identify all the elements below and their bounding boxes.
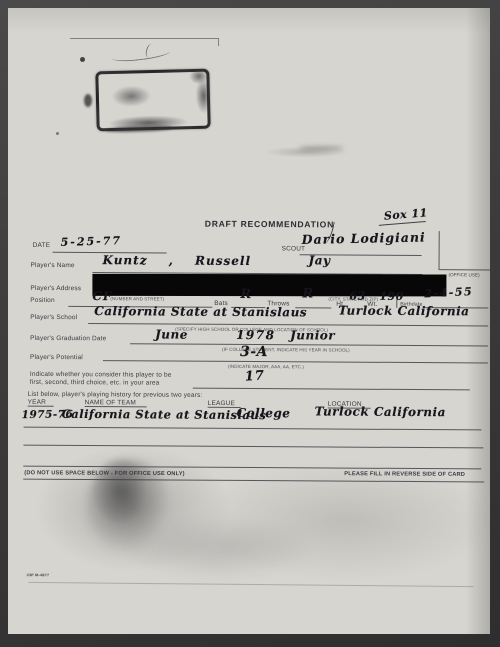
history-line-2 xyxy=(23,445,483,449)
choice-value: 17 xyxy=(244,368,265,384)
school-value: California State at Stanislaus xyxy=(94,304,307,319)
position-label: Position xyxy=(30,297,54,304)
player-address-label: Player's Address xyxy=(30,285,81,292)
corner-note: Sox 11 xyxy=(383,206,428,223)
school-location-value: Turlock California xyxy=(338,304,469,319)
office-use-divider-v xyxy=(439,231,440,269)
office-use-label: (OFFICE USE) xyxy=(448,272,479,277)
player-middle-name-value: Jay xyxy=(309,253,331,267)
footer-right-note: PLEASE FILL IN REVERSE SIDE OF CARD xyxy=(344,471,465,478)
player-name-value: Kuntz , Russell xyxy=(103,253,252,268)
potential-label: Player's Potential xyxy=(30,354,83,361)
date-label: DATE xyxy=(33,242,51,249)
history-line-1 xyxy=(24,427,482,431)
history-league-value: College xyxy=(237,406,291,420)
choice-line xyxy=(193,388,470,391)
graduation-month-value: June xyxy=(155,327,188,341)
bats-value: R xyxy=(240,287,251,302)
form-title: DRAFT RECOMMENDATION xyxy=(205,219,334,230)
school-label: Player's School xyxy=(30,314,77,321)
column-header-year-underline xyxy=(28,406,54,407)
graduation-year-value: 1978 xyxy=(236,328,275,342)
graduation-label: Player's Graduation Date xyxy=(30,335,106,343)
potential-caption: (INDICATE MAJOR, AAA, AA, ETC.) xyxy=(228,364,304,369)
footer-line-bottom xyxy=(23,479,484,483)
scanned-card-paper: DRAFT RECOMMENDATION Sox 11 DATE 5-25-77… xyxy=(8,8,490,634)
potential-line xyxy=(103,360,488,363)
history-location-value: Turlock California xyxy=(315,404,446,419)
choice-label-line2: first, second, third choice, etc. in you… xyxy=(30,379,160,387)
graduation-line xyxy=(130,343,488,346)
throws-value: R xyxy=(302,286,313,301)
form-code: 23F M-4877 xyxy=(27,573,50,578)
footer-line-top xyxy=(23,466,481,470)
height-value: 63 xyxy=(349,290,365,303)
scout-signature: Dario Lodigiani xyxy=(302,229,426,246)
graduation-class-value: Junior xyxy=(290,328,335,342)
footer-left-note: (DO NOT USE SPACE BELOW - FOR OFFICE USE… xyxy=(24,470,185,477)
school-line xyxy=(88,323,488,326)
date-value: 5-25-77 xyxy=(60,234,122,249)
choice-label-line1: Indicate whether you consider this playe… xyxy=(30,371,172,379)
player-name-label: Player's Name xyxy=(31,262,75,269)
office-use-divider-h xyxy=(439,269,491,270)
potential-value: 3-A xyxy=(240,344,268,360)
history-intro: List below, player's playing history for… xyxy=(28,391,203,399)
position-value: CF xyxy=(92,289,112,303)
history-team-value: California State at Stanislaus xyxy=(62,407,267,422)
birthdate-value: 2-4-55 xyxy=(424,285,473,300)
crease-line xyxy=(29,582,474,587)
address-street-caption: (NUMBER AND STREET) xyxy=(110,296,164,301)
form-body: DRAFT RECOMMENDATION Sox 11 DATE 5-25-77… xyxy=(6,7,492,636)
history-row: 1975-76 California State at Stanislaus C… xyxy=(10,7,492,10)
